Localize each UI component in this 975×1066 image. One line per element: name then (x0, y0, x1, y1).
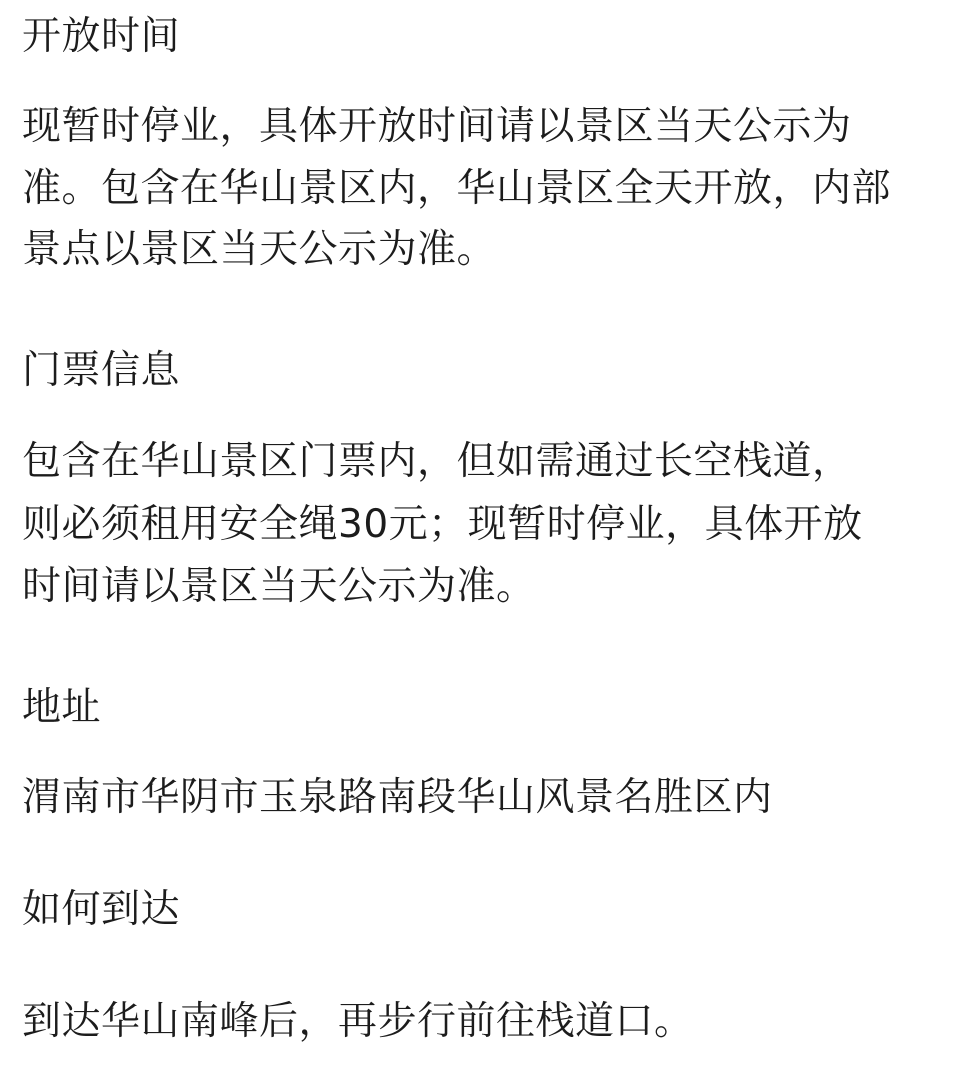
section-text-line: 时间请以景区当天公示为准。 (22, 563, 536, 611)
section-text-line: 准。包含在华山景区内，华山景区全天开放，内部 (22, 165, 891, 213)
section-text-line: 现暂时停业，具体开放时间请以景区当天公示为 (22, 103, 852, 151)
section-heading: 地址 (22, 684, 101, 732)
section-text-line: 则必须租用安全绳30元；现暂时停业，具体开放 (22, 501, 863, 549)
directions-text: 到达华山南峰后，再步行前往栈道口。 (22, 998, 694, 1046)
section-heading: 如何到达 (22, 886, 180, 934)
address-text: 渭南市华阴市玉泉路南段华山风景名胜区内 (22, 774, 773, 822)
section-heading: 开放时间 (22, 13, 180, 61)
section-text-line: 景点以景区当天公示为准。 (22, 226, 496, 274)
section-text-line: 包含在华山景区门票内，但如需通过长空栈道， (22, 438, 852, 486)
section-heading: 门票信息 (22, 347, 180, 395)
